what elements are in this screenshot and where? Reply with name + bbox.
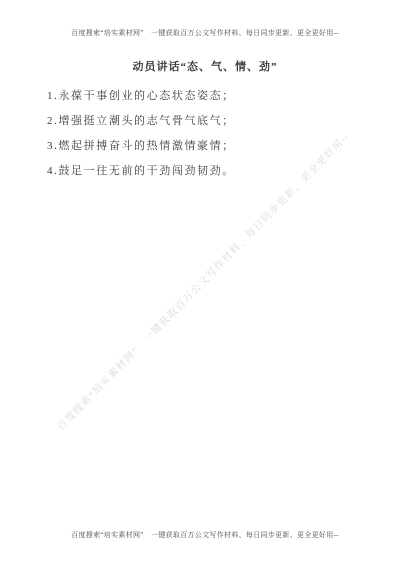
numbered-list: 1.永葆干事创业的心态状态姿态； 2.增强挺立潮头的志气骨气底气； 3.燃起拼搏… <box>47 84 390 184</box>
list-item: 1.永葆干事创业的心态状态姿态； <box>47 84 390 109</box>
list-item: 2.增强挺立潮头的志气骨气底气； <box>47 109 390 134</box>
list-item: 3.燃起拼搏奋斗的热情激情豪情； <box>47 134 390 159</box>
item-text: 鼓足一往无前的干劲闯劲韧劲。 <box>58 165 234 177</box>
item-number: 2. <box>47 115 58 127</box>
item-number: 3. <box>47 140 58 152</box>
item-number: 1. <box>47 90 58 102</box>
list-item: 4.鼓足一往无前的干劲闯劲韧劲。 <box>47 159 390 184</box>
item-text: 永葆干事创业的心态状态姿态； <box>58 90 234 102</box>
item-text: 燃起拼搏奋斗的热情激情豪情； <box>58 140 234 152</box>
footer-promo-note: 百度搜索“培实素材网” 一键获取百万公文写作材料、每日同步更新、更全更好用-- <box>0 530 410 540</box>
document-page: 百度搜索“培实素材网” 一键获取百万公文写作材料、每日同步更新、更全更好用-- … <box>0 0 410 580</box>
header-promo-note: 百度搜索“培实素材网” 一键获取百万公文写作材料、每日同步更新、更全更好用-- <box>0 28 410 38</box>
item-number: 4. <box>47 165 58 177</box>
item-text: 增强挺立潮头的志气骨气底气； <box>58 115 234 127</box>
page-title: 动员讲话“态、气、情、劲” <box>0 58 410 74</box>
